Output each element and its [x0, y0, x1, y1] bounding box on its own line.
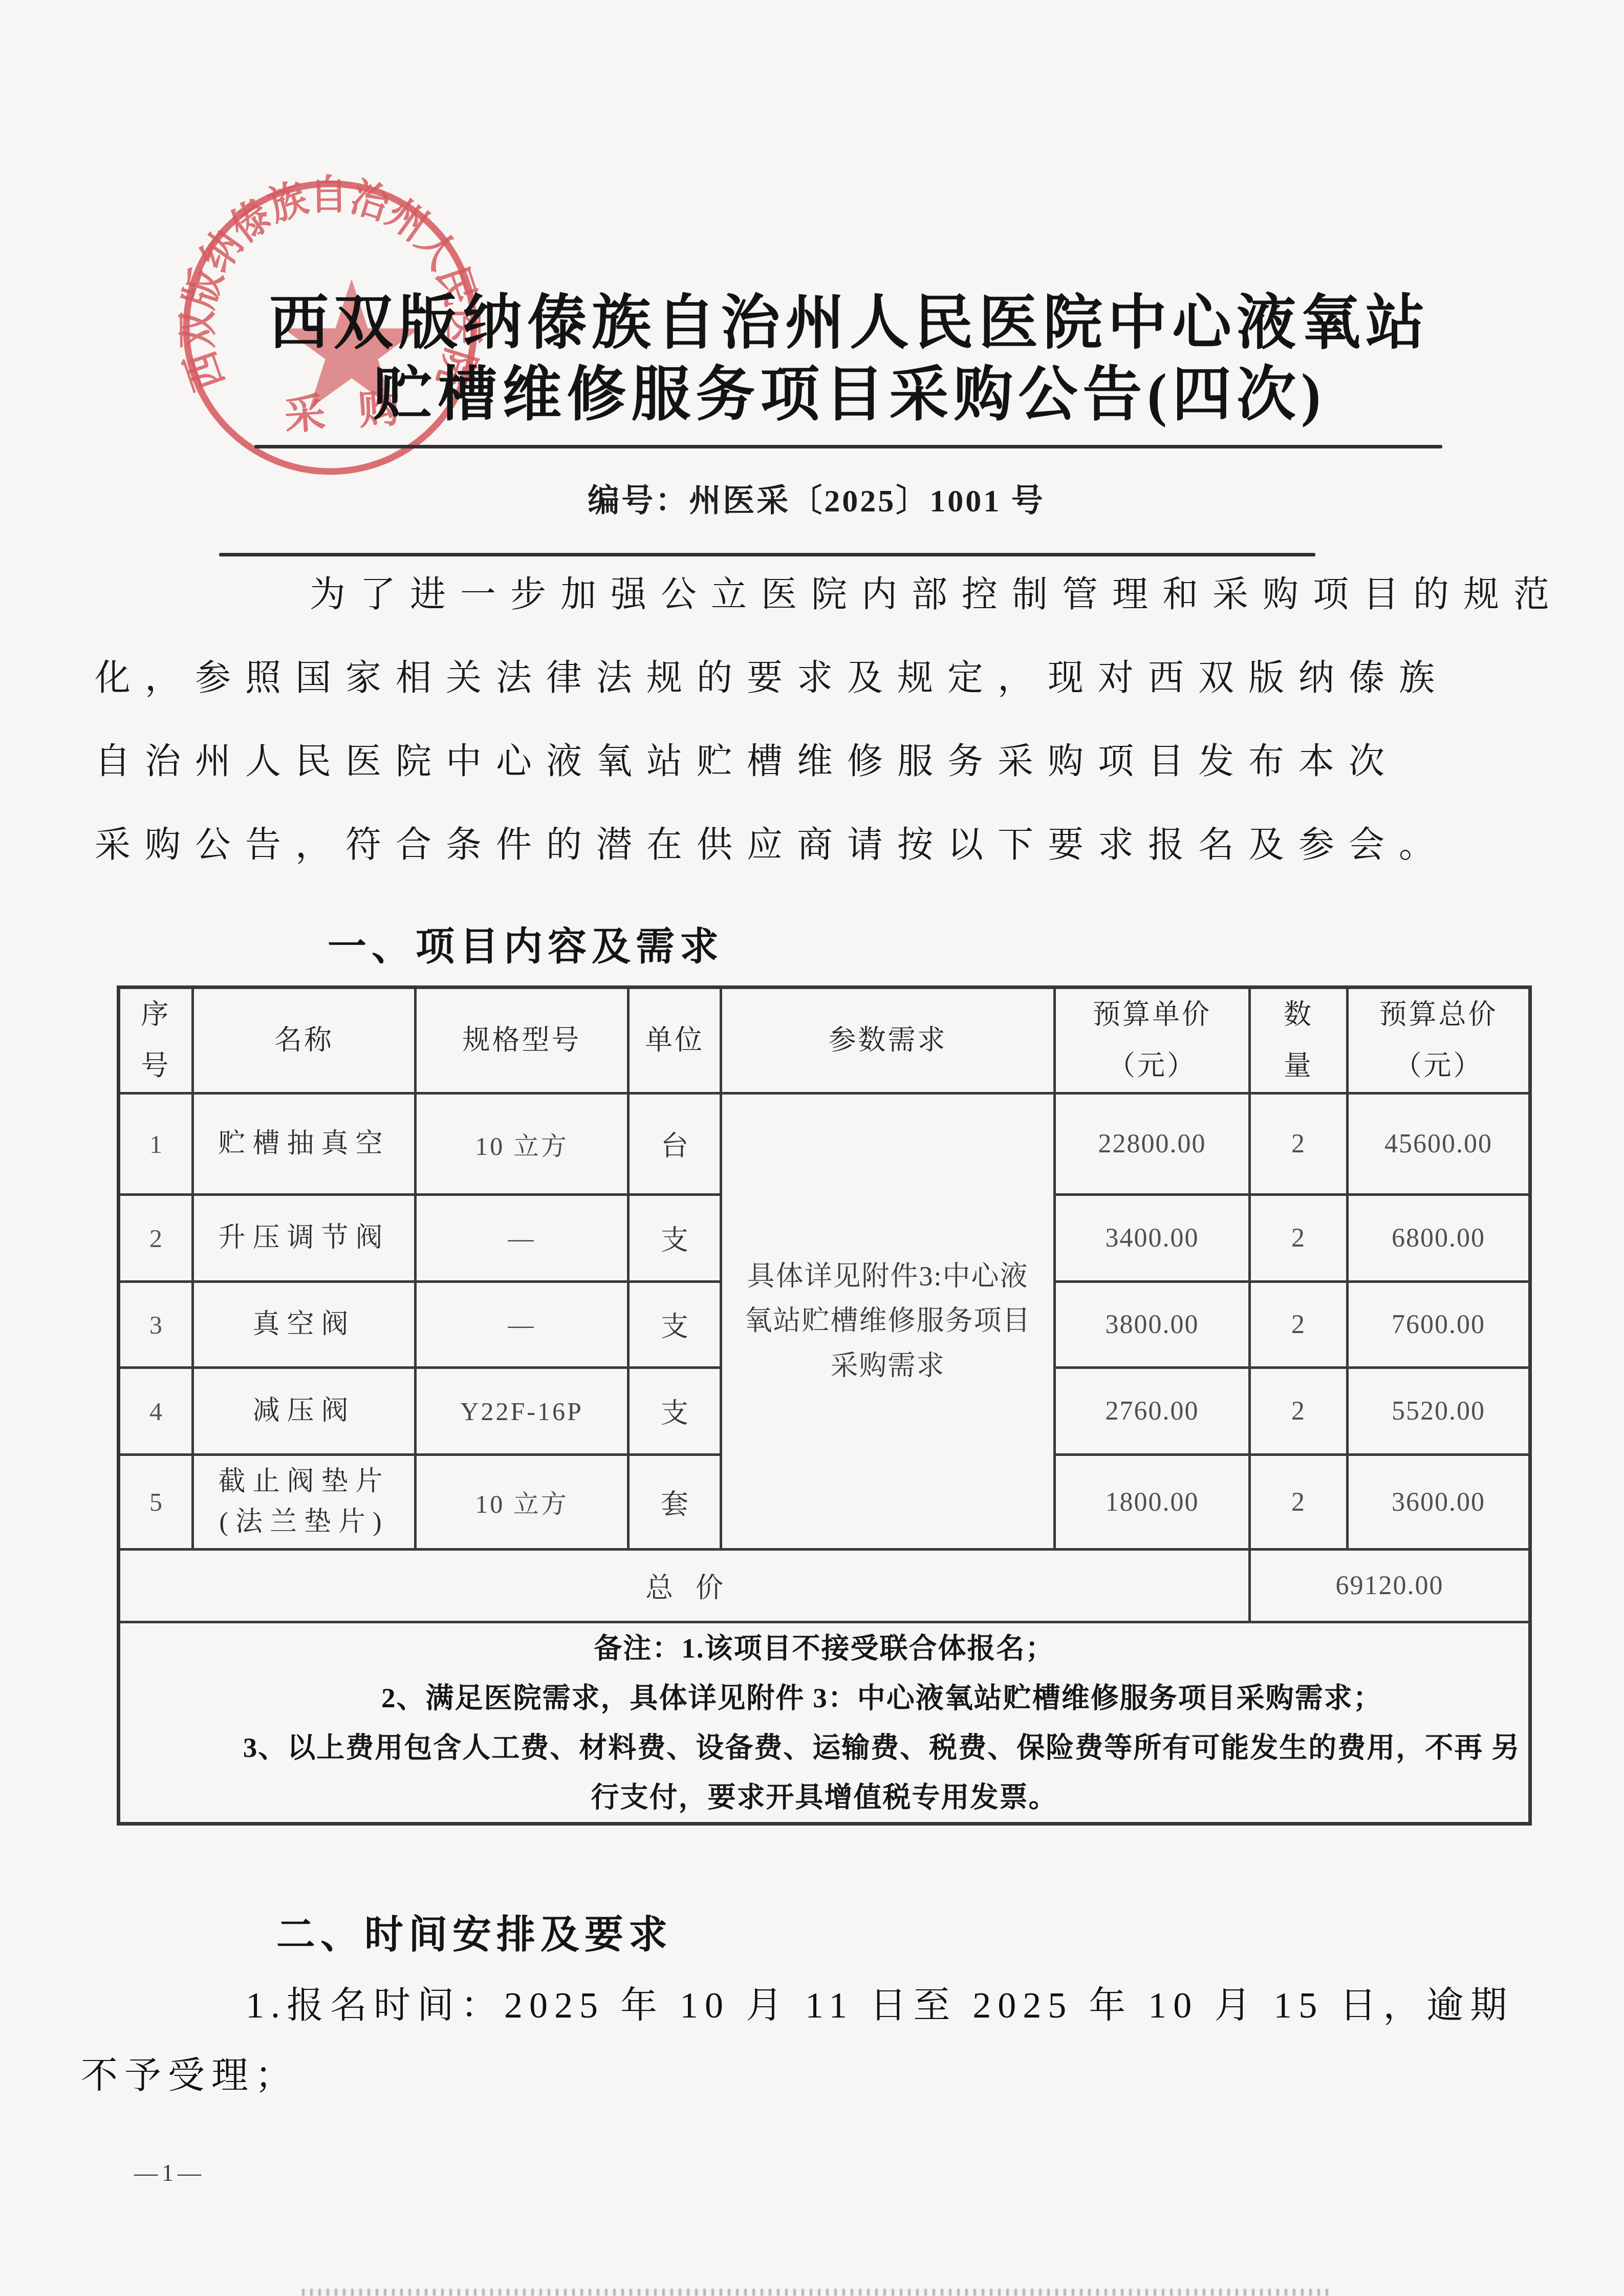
row3-no: 3	[119, 1282, 193, 1368]
header-name: 名称	[193, 988, 416, 1093]
header-qty: 数 量	[1250, 988, 1348, 1093]
row5-name: 截止阀垫片 (法兰垫片)	[193, 1455, 416, 1550]
row2-name: 升压调节阀	[193, 1195, 416, 1282]
header-unit: 单位	[629, 988, 721, 1093]
row4-name: 减压阀	[193, 1368, 416, 1455]
intro-line: 化，参照国家相关法律法规的要求及规定，现对西双版纳傣族	[95, 637, 1497, 720]
document-title-line2: 贮槽维修服务项目采购公告(四次)	[174, 359, 1525, 431]
row5-total: 3600.00	[1348, 1455, 1530, 1550]
page-number: —1—	[134, 2159, 205, 2186]
row4-unit-price: 2760.00	[1055, 1368, 1250, 1455]
row1-spec: 10 立方	[416, 1093, 629, 1195]
document-page: 西双版纳傣族自治州人民医院 采购 西双版纳傣族自治州人民医院中心液氧站 贮槽维修…	[0, 0, 1624, 2296]
row4-unit: 支	[629, 1368, 721, 1455]
row1-total: 45600.00	[1348, 1093, 1530, 1195]
title-divider-rule	[254, 445, 1442, 448]
row3-qty: 2	[1250, 1282, 1348, 1368]
row5-unit: 套	[629, 1455, 721, 1550]
document-number: 编号：州医采〔2025〕1001 号	[77, 475, 1556, 521]
row2-total: 6800.00	[1348, 1195, 1530, 1282]
header-seq: 序 号	[119, 988, 193, 1093]
intro-line: 为了进一步加强公立医院内部控制管理和采购项目的规范	[95, 553, 1497, 637]
scan-edge-artifact	[302, 2289, 1331, 2296]
row1-name: 贮槽抽真空	[193, 1093, 416, 1195]
section2-heading: 二、时间安排及要求	[276, 1903, 673, 1959]
row2-no: 2	[119, 1195, 193, 1282]
notes-cell: 备注：1.该项目不接受联合体报名； 2、满足医院需求，具体详见附件 3：中心液氧…	[119, 1622, 1530, 1824]
row2-qty: 2	[1250, 1195, 1348, 1282]
row1-no: 1	[119, 1093, 193, 1195]
row2-unit: 支	[629, 1195, 721, 1282]
note-line-2: 2、满足医院需求，具体详见附件 3：中心液氧站贮槽维修服务项目采购需求；	[120, 1673, 1528, 1723]
row5-spec: 10 立方	[416, 1455, 629, 1550]
row4-spec: Y22F-16P	[416, 1368, 629, 1455]
intro-paragraph: 为了进一步加强公立医院内部控制管理和采购项目的规范 化，参照国家相关法律法规的要…	[95, 553, 1497, 887]
total-label: 总价	[119, 1550, 1250, 1622]
row4-no: 4	[119, 1368, 193, 1455]
row3-unit: 支	[629, 1282, 721, 1368]
document-title: 西双版纳傣族自治州人民医院中心液氧站 贮槽维修服务项目采购公告(四次)	[174, 288, 1525, 431]
param-requirement-merged-cell: 具体详见附件3:中心液 氧站贮槽维修服务项目 采购需求	[721, 1093, 1055, 1550]
row3-unit-price: 3800.00	[1055, 1282, 1250, 1368]
row5-qty: 2	[1250, 1455, 1348, 1550]
row4-qty: 2	[1250, 1368, 1348, 1455]
row4-total: 5520.00	[1348, 1368, 1530, 1455]
row5-no: 5	[119, 1455, 193, 1550]
row2-unit-price: 3400.00	[1055, 1195, 1250, 1282]
total-row: 总价 69120.00	[119, 1550, 1530, 1622]
row3-spec: —	[416, 1282, 629, 1368]
note-line-1: 备注：1.该项目不接受联合体报名；	[120, 1623, 1528, 1673]
row1-unit: 台	[629, 1093, 721, 1195]
document-title-line1: 西双版纳傣族自治州人民医院中心液氧站	[174, 288, 1525, 359]
note-line-3: 3、以上费用包含人工费、材料费、设备费、运输费、税费、保险费等所有可能发生的费用…	[120, 1723, 1528, 1822]
items-table: 序 号 名称 规格型号 单位 参数需求 预算单价 （元） 数 量 预算总价 （元…	[117, 985, 1532, 1826]
total-value: 69120.00	[1250, 1550, 1530, 1622]
row3-name: 真空阀	[193, 1282, 416, 1368]
table-row: 1 贮槽抽真空 10 立方 台 具体详见附件3:中心液 氧站贮槽维修服务项目 采…	[119, 1093, 1530, 1195]
intro-line: 采购公告，符合条件的潜在供应商请按以下要求报名及参会。	[95, 804, 1497, 887]
schedule-line-2: 不予受理；	[81, 2045, 298, 2098]
row1-unit-price: 22800.00	[1055, 1093, 1250, 1195]
row3-total: 7600.00	[1348, 1282, 1530, 1368]
schedule-line-1: 1.报名时间：2025 年 10 月 11 日至 2025 年 10 月 15 …	[246, 1975, 1513, 2028]
row1-qty: 2	[1250, 1093, 1348, 1195]
section1-heading: 一、项目内容及需求	[328, 915, 724, 971]
intro-line: 自治州人民医院中心液氧站贮槽维修服务采购项目发布本次	[95, 720, 1497, 804]
notes-row: 备注：1.该项目不接受联合体报名； 2、满足医院需求，具体详见附件 3：中心液氧…	[119, 1622, 1530, 1824]
row2-spec: —	[416, 1195, 629, 1282]
header-spec: 规格型号	[416, 988, 629, 1093]
header-unit-price: 预算单价 （元）	[1055, 988, 1250, 1093]
table-header-row: 序 号 名称 规格型号 单位 参数需求 预算单价 （元） 数 量 预算总价 （元…	[119, 988, 1530, 1093]
row5-unit-price: 1800.00	[1055, 1455, 1250, 1550]
header-total-price: 预算总价 （元）	[1348, 988, 1530, 1093]
header-param: 参数需求	[721, 988, 1055, 1093]
